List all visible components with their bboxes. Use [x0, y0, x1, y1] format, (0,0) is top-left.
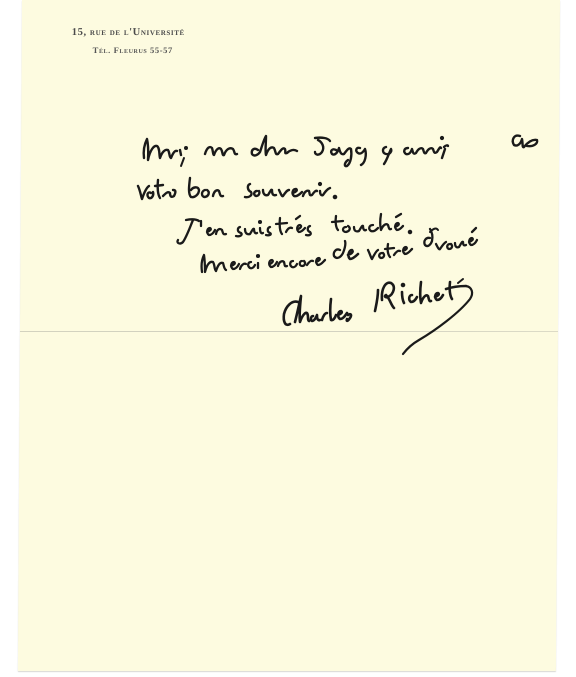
handwriting — [0, 0, 576, 677]
signature — [284, 279, 472, 354]
handwriting-line-4 — [202, 228, 477, 272]
handwriting-line-2 — [138, 178, 336, 199]
handwriting-line-1 — [144, 136, 537, 167]
handwriting-line-3 — [177, 214, 411, 243]
